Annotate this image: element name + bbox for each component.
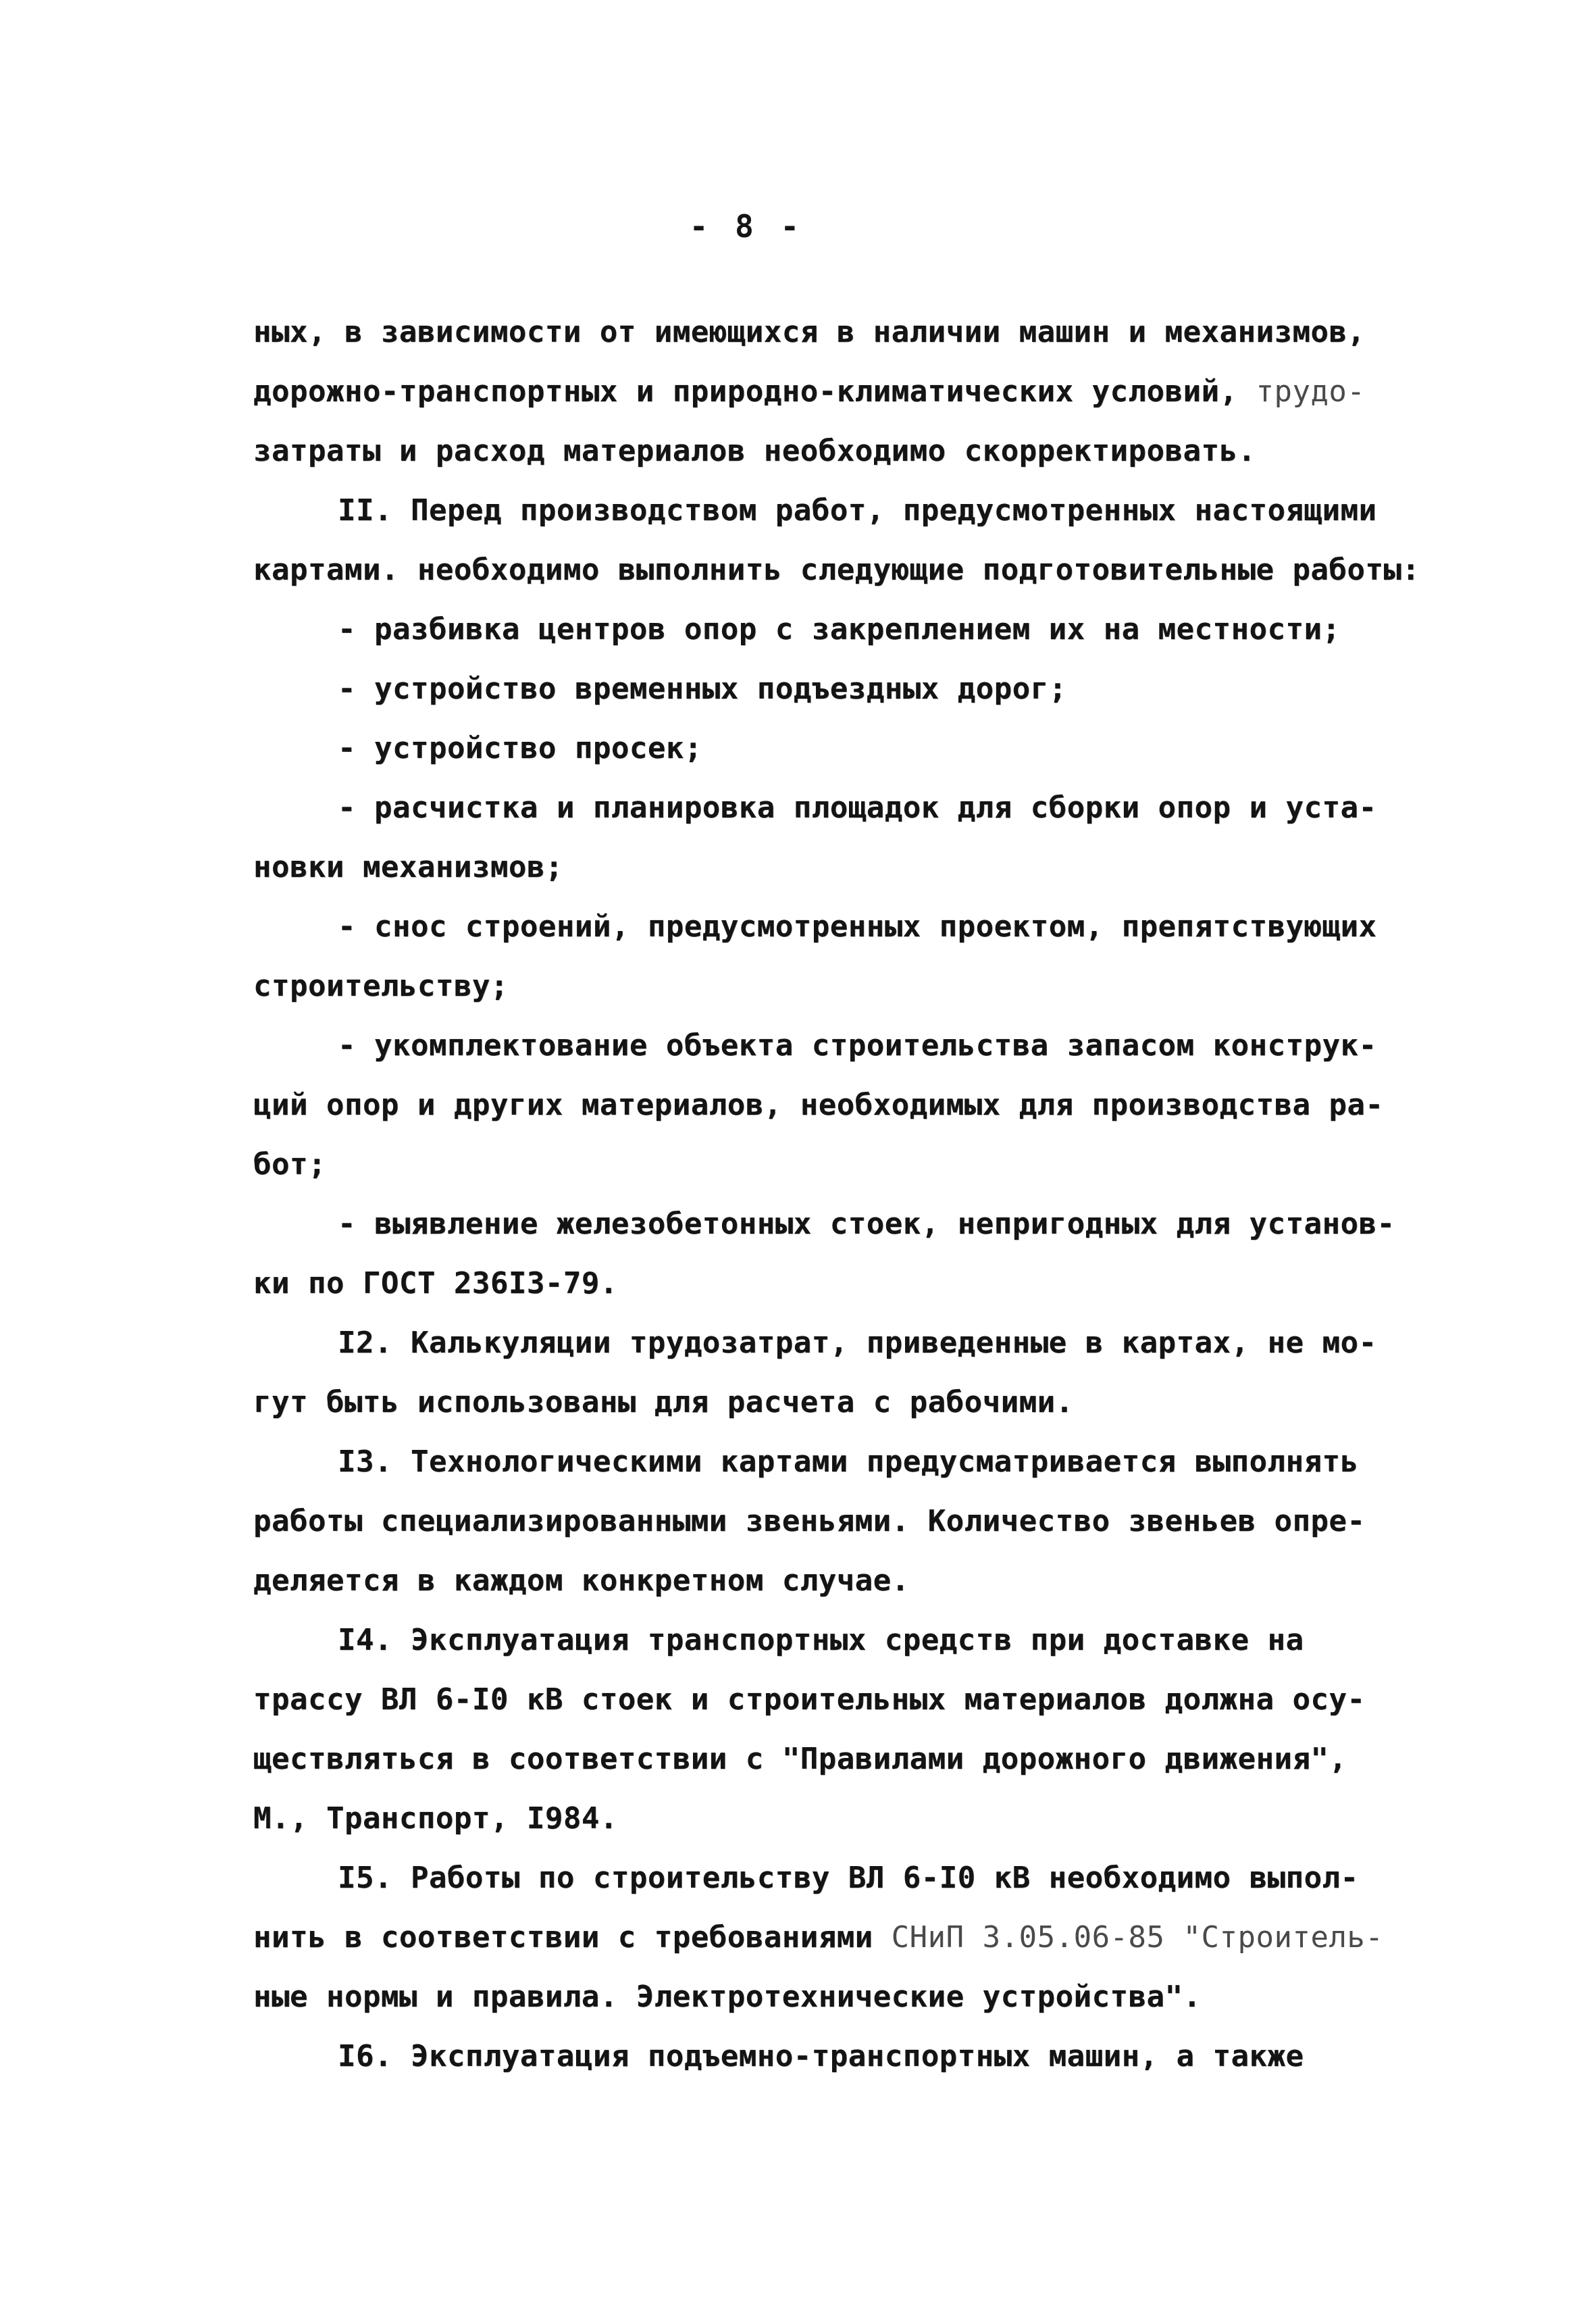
text-line: I6. Эксплуатация подъемно-транспортных м… bbox=[253, 2027, 1388, 2086]
text-line: I3. Технологическими картами предусматри… bbox=[253, 1432, 1388, 1492]
text-segment-faded: СНиП 3.05.06-85 "Строитель- bbox=[892, 1920, 1384, 1955]
text-line: - снос строений, предусмотренных проекто… bbox=[253, 897, 1388, 957]
text-line: деляется в каждом конкретном случае. bbox=[253, 1551, 1388, 1611]
text-line: гут быть использованы для расчета с рабо… bbox=[253, 1373, 1388, 1432]
text-segment: I6. Эксплуатация подъемно-транспортных м… bbox=[338, 2039, 1304, 2073]
text-line: II. Перед производством работ, предусмот… bbox=[253, 481, 1388, 540]
text-segment: - устройство временных подъездных дорог; bbox=[338, 672, 1067, 706]
text-line: - выявление железобетонных стоек, неприг… bbox=[253, 1194, 1388, 1254]
text-line: затраты и расход материалов необходимо с… bbox=[253, 422, 1388, 481]
text-line: работы специализированными звеньями. Кол… bbox=[253, 1492, 1388, 1551]
text-segment: ные нормы и правила. Электротехнические … bbox=[253, 1980, 1202, 2014]
text-segment: - снос строений, предусмотренных проекто… bbox=[338, 909, 1376, 944]
text-line: картами. необходимо выполнить следующие … bbox=[253, 540, 1388, 600]
text-line: ществляться в соответствии с "Правилами … bbox=[253, 1730, 1388, 1789]
text-line: ные нормы и правила. Электротехнические … bbox=[253, 1967, 1388, 2027]
text-segment: ций опор и других материалов, необходимы… bbox=[253, 1088, 1383, 1122]
text-line: - устройство временных подъездных дорог; bbox=[253, 659, 1388, 719]
text-segment: картами. необходимо выполнить следующие … bbox=[253, 553, 1420, 587]
text-line: бот; bbox=[253, 1135, 1388, 1194]
page-number: - 8 - bbox=[679, 206, 814, 247]
text-segment: I5. Работы по строительству ВЛ 6-I0 кВ н… bbox=[338, 1861, 1358, 1895]
document-body: ных, в зависимости от имеющихся в наличи… bbox=[253, 303, 1388, 2086]
text-segment: - укомплектование объекта строительства … bbox=[338, 1028, 1376, 1063]
text-line: дорожно-транспортных и природно-климатич… bbox=[253, 362, 1388, 422]
text-segment: I2. Калькуляции трудозатрат, приведенные… bbox=[338, 1326, 1376, 1360]
text-segment: деляется в каждом конкретном случае. bbox=[253, 1563, 910, 1598]
text-line: нить в соответствии с требованиями СНиП … bbox=[253, 1908, 1388, 1967]
text-segment: ществляться в соответствии с "Правилами … bbox=[253, 1742, 1347, 1776]
text-line: ций опор и других материалов, необходимы… bbox=[253, 1076, 1388, 1135]
text-segment-faded: трудо- bbox=[1256, 374, 1365, 409]
text-segment: гут быть использованы для расчета с рабо… bbox=[253, 1385, 1074, 1419]
text-line: ных, в зависимости от имеющихся в наличи… bbox=[253, 303, 1388, 362]
text-segment: строительству; bbox=[253, 969, 509, 1003]
scanned-document-page: - 8 - ных, в зависимости от имеющихся в … bbox=[0, 0, 1596, 2314]
text-line: - разбивка центров опор с закреплением и… bbox=[253, 600, 1388, 659]
text-segment: - устройство просек; bbox=[338, 731, 702, 765]
text-segment: М., Транспорт, I984. bbox=[253, 1801, 618, 1836]
text-line: - расчистка и планировка площадок для сб… bbox=[253, 778, 1388, 838]
text-segment: I4. Эксплуатация транспортных средств пр… bbox=[338, 1623, 1304, 1657]
text-segment: I3. Технологическими картами предусматри… bbox=[338, 1444, 1358, 1479]
text-line: - укомплектование объекта строительства … bbox=[253, 1016, 1388, 1076]
text-segment: II. Перед производством работ, предусмот… bbox=[338, 493, 1376, 528]
text-segment: нить в соответствии с требованиями bbox=[253, 1920, 892, 1955]
text-segment: затраты и расход материалов необходимо с… bbox=[253, 434, 1256, 468]
text-line: I2. Калькуляции трудозатрат, приведенные… bbox=[253, 1313, 1388, 1373]
text-line: М., Транспорт, I984. bbox=[253, 1789, 1388, 1848]
text-segment: - расчистка и планировка площадок для сб… bbox=[338, 790, 1376, 825]
text-line: - устройство просек; bbox=[253, 719, 1388, 778]
text-segment: ных, в зависимости от имеющихся в наличи… bbox=[253, 315, 1365, 349]
text-line: новки механизмов; bbox=[253, 838, 1388, 897]
text-segment: - выявление железобетонных стоек, неприг… bbox=[338, 1207, 1395, 1241]
text-line: ки по ГОСТ 236I3-79. bbox=[253, 1254, 1388, 1313]
text-segment: дорожно-транспортных и природно-климатич… bbox=[253, 374, 1256, 409]
text-segment: - разбивка центров опор с закреплением и… bbox=[338, 612, 1340, 647]
text-line: I5. Работы по строительству ВЛ 6-I0 кВ н… bbox=[253, 1848, 1388, 1908]
text-segment: бот; bbox=[253, 1147, 326, 1182]
text-line: трассу ВЛ 6-I0 кВ стоек и строительных м… bbox=[253, 1670, 1388, 1730]
text-segment: ки по ГОСТ 236I3-79. bbox=[253, 1266, 618, 1301]
text-segment: работы специализированными звеньями. Кол… bbox=[253, 1504, 1365, 1538]
text-segment: трассу ВЛ 6-I0 кВ стоек и строительных м… bbox=[253, 1682, 1365, 1717]
text-segment: новки механизмов; bbox=[253, 850, 563, 884]
text-line: строительству; bbox=[253, 957, 1388, 1016]
text-line: I4. Эксплуатация транспортных средств пр… bbox=[253, 1611, 1388, 1670]
